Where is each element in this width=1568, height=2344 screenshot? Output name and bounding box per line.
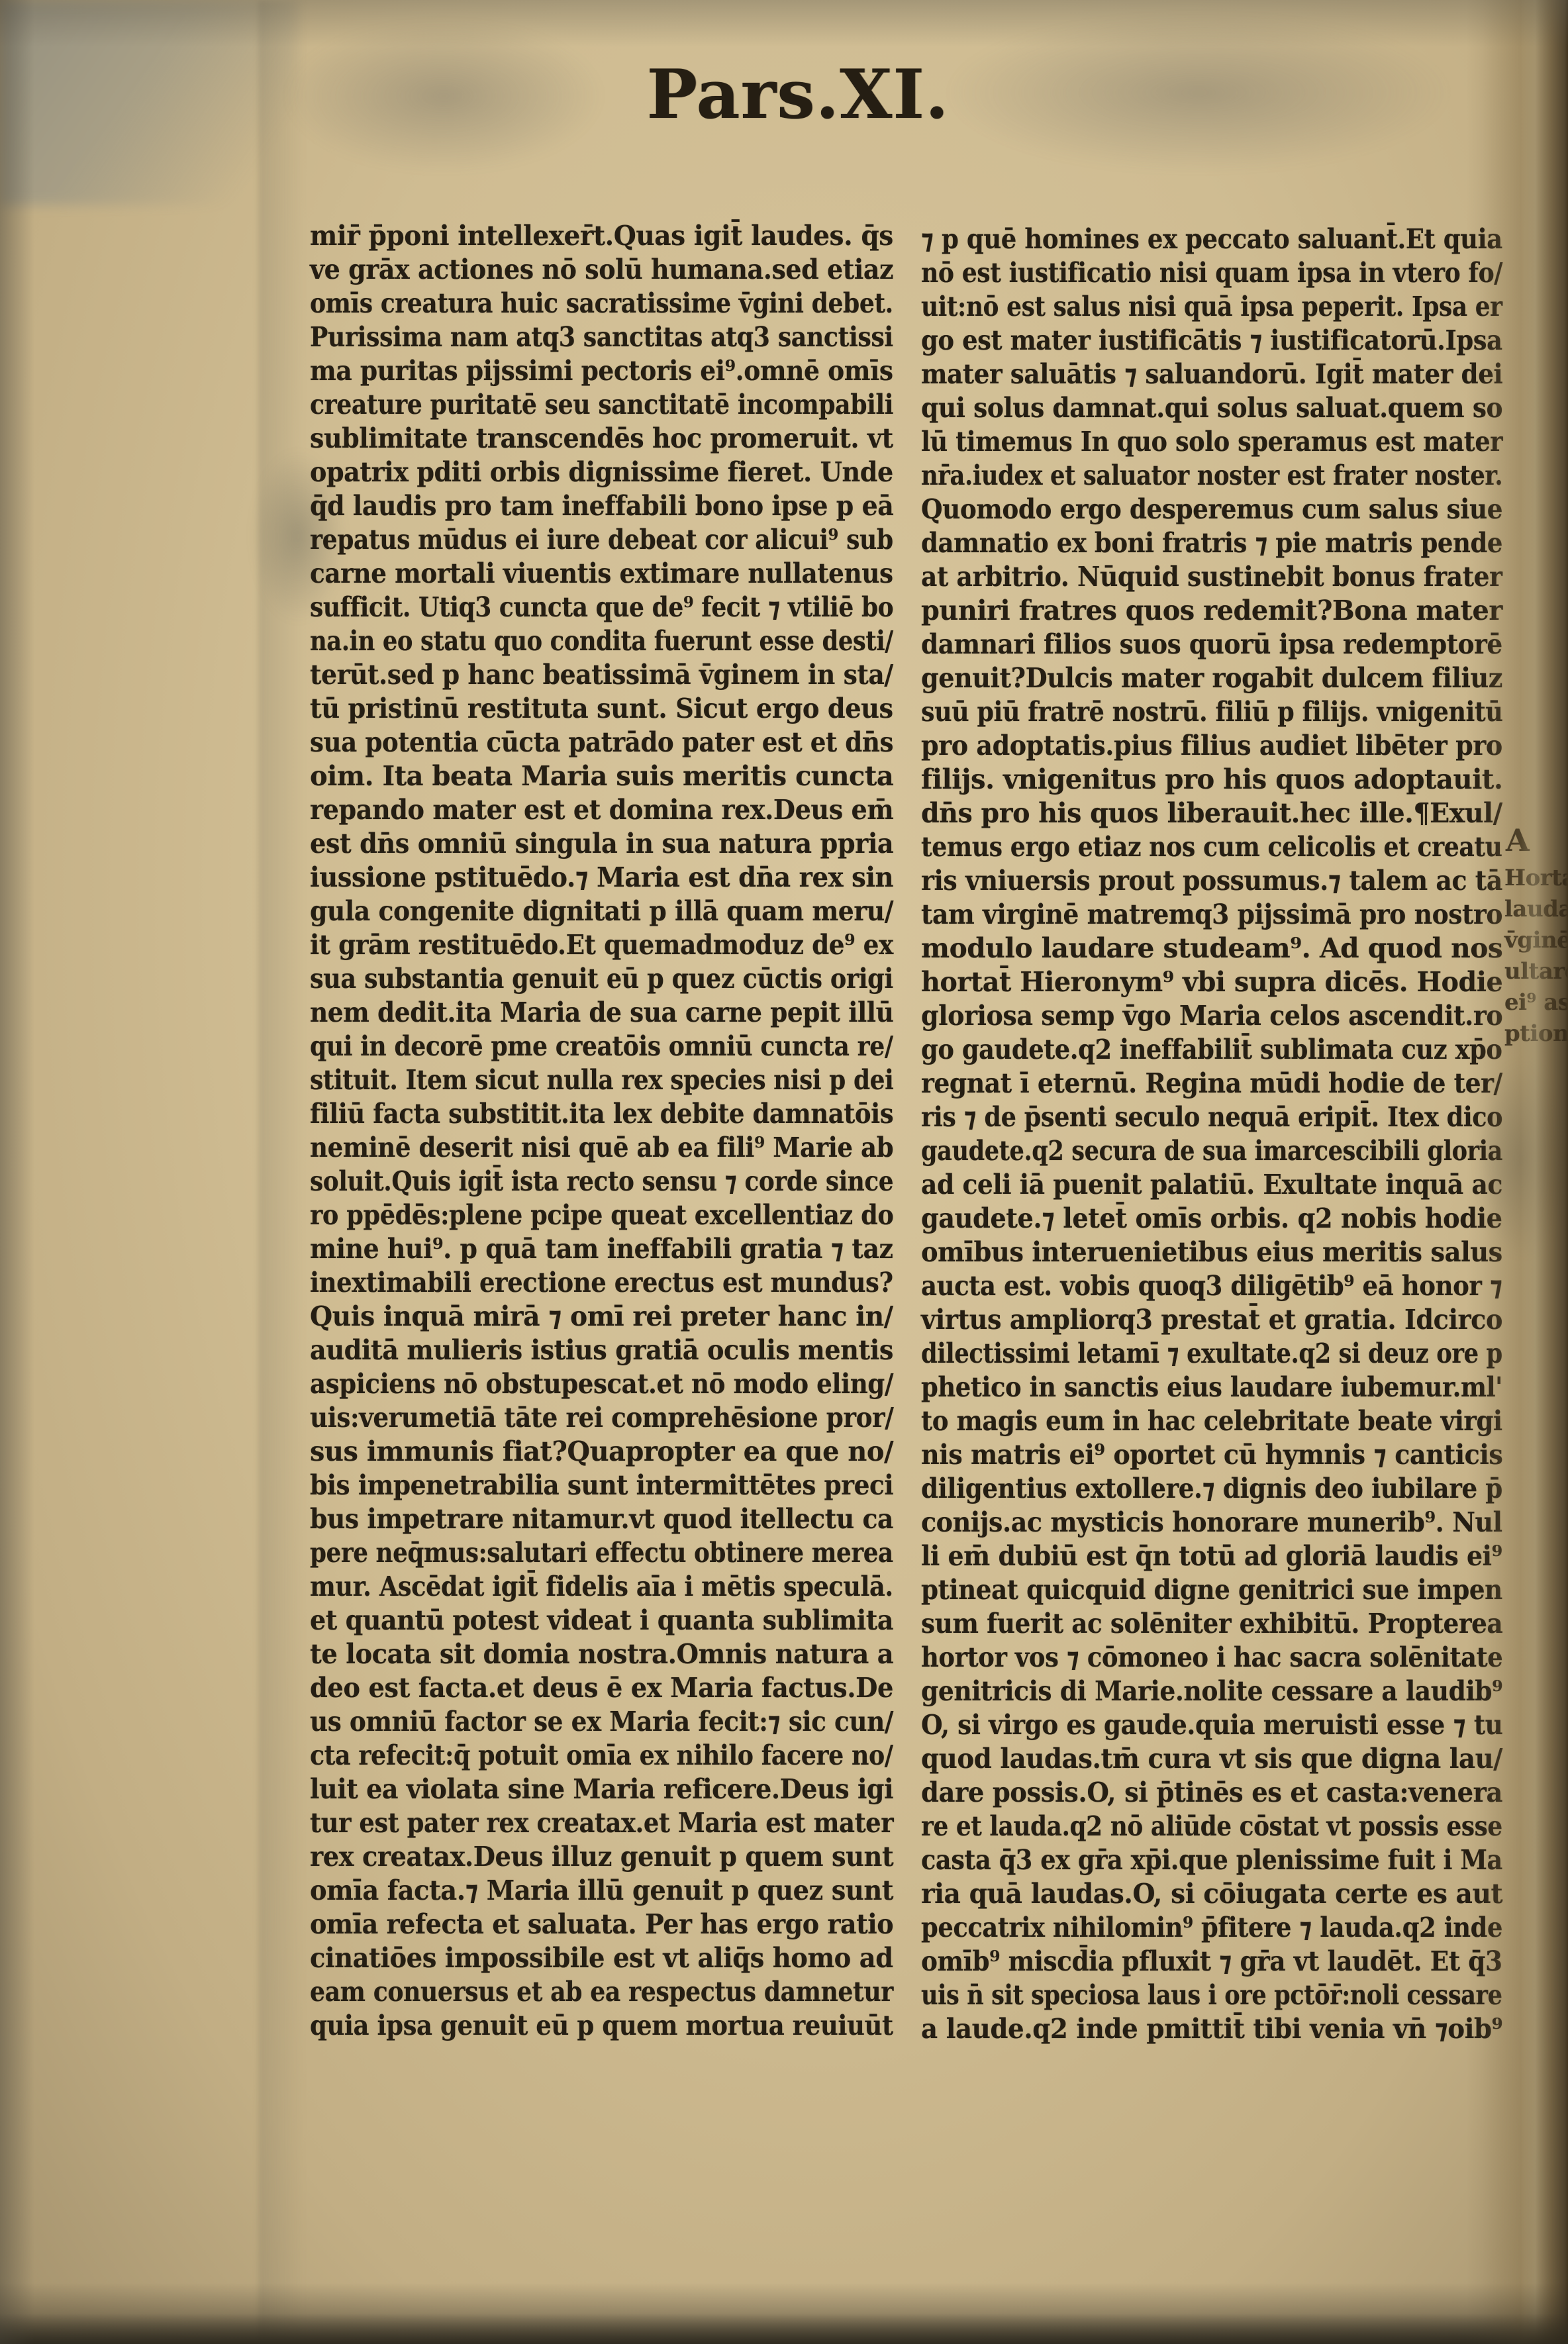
text-line: opatrix pditi orbis dignissime fieret. U…	[310, 456, 893, 489]
scanned-book-page: Pars.XI. mir̄ p̄poni intellexer̄t.Quas i…	[0, 0, 1568, 2344]
text-line: aucta est. vobis quoq3 diligētib⁹ eā hon…	[921, 1269, 1502, 1303]
text-line: nis matris ei⁹ oportet cū hymnis ⁊ canti…	[921, 1438, 1502, 1472]
text-line: deo est facta.et deus ē ex Maria factus.…	[310, 1671, 893, 1705]
text-line: Purissima nam atq3 sanctitas atq3 sancti…	[310, 320, 893, 354]
text-column-left: mir̄ p̄poni intellexer̄t.Quas igit̄ laud…	[310, 219, 893, 2043]
text-line: filijs. vnigenitus pro his quos adoptaui…	[921, 763, 1502, 797]
text-line: creature puritatē seu sanctitatē incompa…	[310, 388, 893, 422]
text-line: omībus interuenietibus eius meritis salu…	[921, 1236, 1502, 1269]
marginal-initial: A	[1506, 823, 1568, 857]
text-line: ptineat quicquid digne genitrici sue imp…	[921, 1573, 1502, 1607]
text-line: ris vniuersis prout possumus.⁊ talem ac …	[921, 864, 1502, 898]
text-line: ad celi iā puenit palatiū. Exultate inqu…	[921, 1168, 1502, 1202]
text-line: nem dedit.ita Maria de sua carne pepit i…	[310, 996, 893, 1030]
text-line: us omniū factor se ex Maria fecit:⁊ sic …	[310, 1705, 893, 1739]
text-line: virtus ampliorq3 prestat̄ et gratia. Idc…	[921, 1303, 1502, 1337]
text-line: Quomodo ergo desperemus cum salus siue	[921, 493, 1502, 526]
text-line: dn̄s pro his quos liberauit.hec ille.¶Ex…	[921, 797, 1502, 830]
text-line: sum fuerit ac solēniter exhibitū. Propte…	[921, 1607, 1502, 1641]
text-line: luit ea violata sine Maria reficere.Deus…	[310, 1773, 893, 1806]
verso-showthrough	[947, 13, 1450, 172]
text-line: stituit. Item sicut nulla rex species ni…	[310, 1063, 893, 1097]
text-line: omīs creatura huic sacratissime v̄gini d…	[310, 287, 893, 320]
text-line: tū pristinū restituta sunt. Sicut ergo d…	[310, 692, 893, 726]
text-line: modulo laudare studeam⁹. Ad quod nos	[921, 932, 1502, 965]
marginal-note: A Hortat̄laudarev̄ginē ⁊ exultare deei⁹ …	[1504, 823, 1568, 1050]
text-line: tur est pater rex creatax.et Maria est m…	[310, 1806, 893, 1840]
text-line: li em̄ dubiū est q̄n totū ad gloriā laud…	[921, 1539, 1502, 1573]
text-line: hortat̄ Hieronym⁹ vbi supra dicēs. Hodie	[921, 965, 1502, 999]
text-line: qui solus damnat.qui solus saluat.quem s…	[921, 391, 1502, 425]
text-line: ultare de	[1504, 956, 1568, 987]
text-line: laudare	[1504, 894, 1568, 925]
text-line: gloriosa semp v̄go Maria celos ascendit.…	[921, 999, 1502, 1033]
text-line: repatus mūdus ei iure debeat cor alicui⁹…	[310, 523, 893, 557]
text-line: et quantū potest videat i quanta sublimi…	[310, 1604, 893, 1637]
text-line: dilectissimi letamī ⁊ exultate.q2 si deu…	[921, 1337, 1502, 1371]
text-line: peccatrix nihilomin⁹ p̄fitere ⁊ lauda.q2…	[921, 1911, 1502, 1945]
text-line: ris ⁊ de p̄senti seculo nequā eripit̄. I…	[921, 1100, 1502, 1134]
gutter-shadow	[258, 0, 305, 2344]
text-line: qui in decorē pme creatōis omniū cuncta …	[310, 1030, 893, 1063]
text-column-right: ⁊ p quē homines ex peccato saluant̄.Et q…	[921, 222, 1502, 2046]
text-line: O, si virgo es gaude.quia meruisti esse …	[921, 1708, 1502, 1742]
text-line: filiū facta substitit.ita lex debite dam…	[310, 1097, 893, 1131]
text-line: genitricis di Marie.nolite cessare a lau…	[921, 1675, 1502, 1708]
text-line: Hortat̄	[1504, 863, 1568, 894]
text-line: hortor vos ⁊ cōmoneo i hac sacra solēnit…	[921, 1641, 1502, 1675]
text-line: bus impetrare nitamur.vt quod itellectu …	[310, 1502, 893, 1536]
text-line: re et lauda.q2 nō aliūde cōstat vt possi…	[921, 1810, 1502, 1843]
text-line: mater saluātis ⁊ saluandorū. Igit̄ mater…	[921, 358, 1502, 391]
text-line: regnat ī eternū. Regina mūdi hodie de te…	[921, 1067, 1502, 1100]
text-line: uit:nō est salus nisi quā ipsa peperit. …	[921, 290, 1502, 324]
running-title: Pars.XI.	[599, 58, 997, 131]
text-line: damnari filios suos quorū ipsa redemptor…	[921, 628, 1502, 661]
text-line: cta refecit:q̄ potuit omīa ex nihilo fac…	[310, 1739, 893, 1773]
text-line: eam conuersus et ab ea respectus damnetu…	[310, 1975, 893, 2009]
text-line: lū timemus In quo solo speramus est mate…	[921, 425, 1502, 459]
text-line: sus immunis fiat?Quapropter ea que no/	[310, 1435, 893, 1469]
text-line: omīa facta.⁊ Maria illū genuit p quez su…	[310, 1874, 893, 1908]
text-line: te locata sit domia nostra.Omnis natura …	[310, 1637, 893, 1671]
text-line: rex creatax.Deus illuz genuit p quem sun…	[310, 1840, 893, 1874]
text-line: bis impenetrabilia sunt intermittētes pr…	[310, 1469, 893, 1502]
text-line: est dn̄s omniū singula in sua natura ppr…	[310, 827, 893, 861]
text-line: terūt.sed p hanc beatissimā v̄ginem in s…	[310, 658, 893, 692]
text-line: phetico in sanctis eius laudare iubemur.…	[921, 1371, 1502, 1404]
text-line: sufficit. Utiq3 cuncta que de⁹ fecit ⁊ v…	[310, 591, 893, 624]
text-line: ma puritas pijssimi pectoris ei⁹.omnē om…	[310, 354, 893, 388]
text-line: casta q̄3 ex gr̄a xp̄i.que plenissime fu…	[921, 1843, 1502, 1877]
text-line: sua potentia cūcta patrādo pater est et …	[310, 726, 893, 759]
marginal-gloss: Hortat̄laudarev̄ginē ⁊ exultare deei⁹ as…	[1504, 863, 1568, 1050]
text-line: pere neq̄mus:salutari effectu obtinere m…	[310, 1536, 893, 1570]
text-line: q̄d laudis pro tam ineffabili bono ipse …	[310, 489, 893, 523]
text-line: ei⁹ assum	[1504, 987, 1568, 1018]
text-line: to magis eum in hac celebritate beate vi…	[921, 1404, 1502, 1438]
text-line: tam virginē matremq3 pijssimā pro nostro	[921, 898, 1502, 932]
text-line: iussione pstituēdo.⁊ Maria est dn̄a rex …	[310, 861, 893, 895]
text-line: omīb⁹ miscd̄ia pfluxit ⁊ gr̄a vt laudēt.…	[921, 1945, 1502, 1978]
text-line: quia ipsa genuit eū p quem mortua reuiuū…	[310, 2009, 893, 2043]
text-line: suū piū fratrē nostrū. filiū p filijs. v…	[921, 695, 1502, 729]
text-line: it grām restituēdo.Et quemadmoduz de⁹ ex	[310, 928, 893, 962]
text-line: sua substantia genuit eū p quez cūctis o…	[310, 962, 893, 996]
text-line: go est mater iustificātis ⁊ iustificator…	[921, 324, 1502, 358]
text-line: damnatio ex boni fratris ⁊ pie matris pe…	[921, 526, 1502, 560]
text-line: at arbitrio. Nūquid sustinebit bonus fra…	[921, 560, 1502, 594]
text-line: aspiciens nō obstupescat.et nō modo elin…	[310, 1367, 893, 1401]
text-line: gaudete.⁊ letet̄ omīs orbis. q2 nobis ho…	[921, 1202, 1502, 1236]
text-line: conijs.ac mysticis honorare munerib⁹. Nu…	[921, 1506, 1502, 1539]
text-line: cinatiōes impossibile est vt aliq̄s homo…	[310, 1941, 893, 1975]
text-line: neminē deserit nisi quē ab ea fili⁹ Mari…	[310, 1131, 893, 1165]
page-corner-shadow	[0, 0, 298, 205]
text-line: quod laudas.tm̄ cura vt sis que digna la…	[921, 1742, 1502, 1776]
text-line: diligentius extollere.⁊ dignis deo iubil…	[921, 1472, 1502, 1506]
text-line: repando mater est et domina rex.Deus em̄	[310, 793, 893, 827]
text-line: puniri fratres quos redemit?Bona mater	[921, 594, 1502, 628]
text-line: genuit?Dulcis mater rogabit dulcem filiu…	[921, 661, 1502, 695]
text-line: v̄ginē ⁊ ex	[1504, 925, 1568, 956]
text-line: uis:verumetiā tāte rei comprehēsione pro…	[310, 1401, 893, 1435]
page-edge-bottom	[0, 2314, 1568, 2344]
text-line: inextimabili erectione erectus est mundu…	[310, 1266, 893, 1300]
text-line: uis n̄ sit speciosa laus i ore pctōr̄:no…	[921, 1978, 1502, 2012]
text-line: ro ppēdēs:plene pcipe queat excellentiaz…	[310, 1198, 893, 1232]
text-line: nr̄a.iudex et saluator noster est frater…	[921, 459, 1502, 493]
text-line: ptione.	[1504, 1018, 1568, 1050]
text-line: auditā mulieris istius gratiā oculis men…	[310, 1334, 893, 1367]
text-line: ria quā laudas.O, si cōiugata certe es a…	[921, 1877, 1502, 1911]
text-line: gula congenite dignitati p illā quam mer…	[310, 895, 893, 928]
text-line: nō est iustificatio nisi quam ipsa in vt…	[921, 256, 1502, 290]
text-line: pro adoptatis.pius filius audiet libēter…	[921, 729, 1502, 763]
text-line: dare possis.O, si p̄tinēs es et casta:ve…	[921, 1776, 1502, 1810]
verso-showthrough	[285, 20, 603, 172]
text-line: gaudete.q2 secura de sua imarcescibili g…	[921, 1134, 1502, 1168]
text-line: oim. Ita beata Maria suis meritis cuncta	[310, 759, 893, 793]
text-line: soluit.Quis igit̄ ista recto sensu ⁊ cor…	[310, 1165, 893, 1198]
text-line: sublimitate transcendēs hoc promeruit. v…	[310, 422, 893, 456]
text-line: a laude.q2 inde pmittit̄ tibi venia vn̄ …	[921, 2012, 1502, 2046]
text-line: Quis inquā mirā ⁊ omī rei preter hanc in…	[310, 1300, 893, 1334]
text-line: mir̄ p̄poni intellexer̄t.Quas igit̄ laud…	[310, 219, 893, 253]
text-line: carne mortali viuentis extimare nullaten…	[310, 557, 893, 591]
text-line: mine hui⁹. p quā tam ineffabili gratia ⁊…	[310, 1232, 893, 1266]
text-line: mur. Ascēdat igit̄ fidelis aīa i mētis s…	[310, 1570, 893, 1604]
text-line: ⁊ p quē homines ex peccato saluant̄.Et q…	[921, 222, 1502, 256]
text-line: temus ergo etiaz nos cum celicolis et cr…	[921, 830, 1502, 864]
text-line: na.in eo statu quo condita fuerunt esse …	[310, 624, 893, 658]
text-line: omīa refecta et saluata. Per has ergo ra…	[310, 1908, 893, 1941]
text-line: go gaudete.q2 ineffabilit̄ sublimata cuz…	[921, 1033, 1502, 1067]
text-line: ve grāx actiones nō solū humana.sed etia…	[310, 253, 893, 287]
